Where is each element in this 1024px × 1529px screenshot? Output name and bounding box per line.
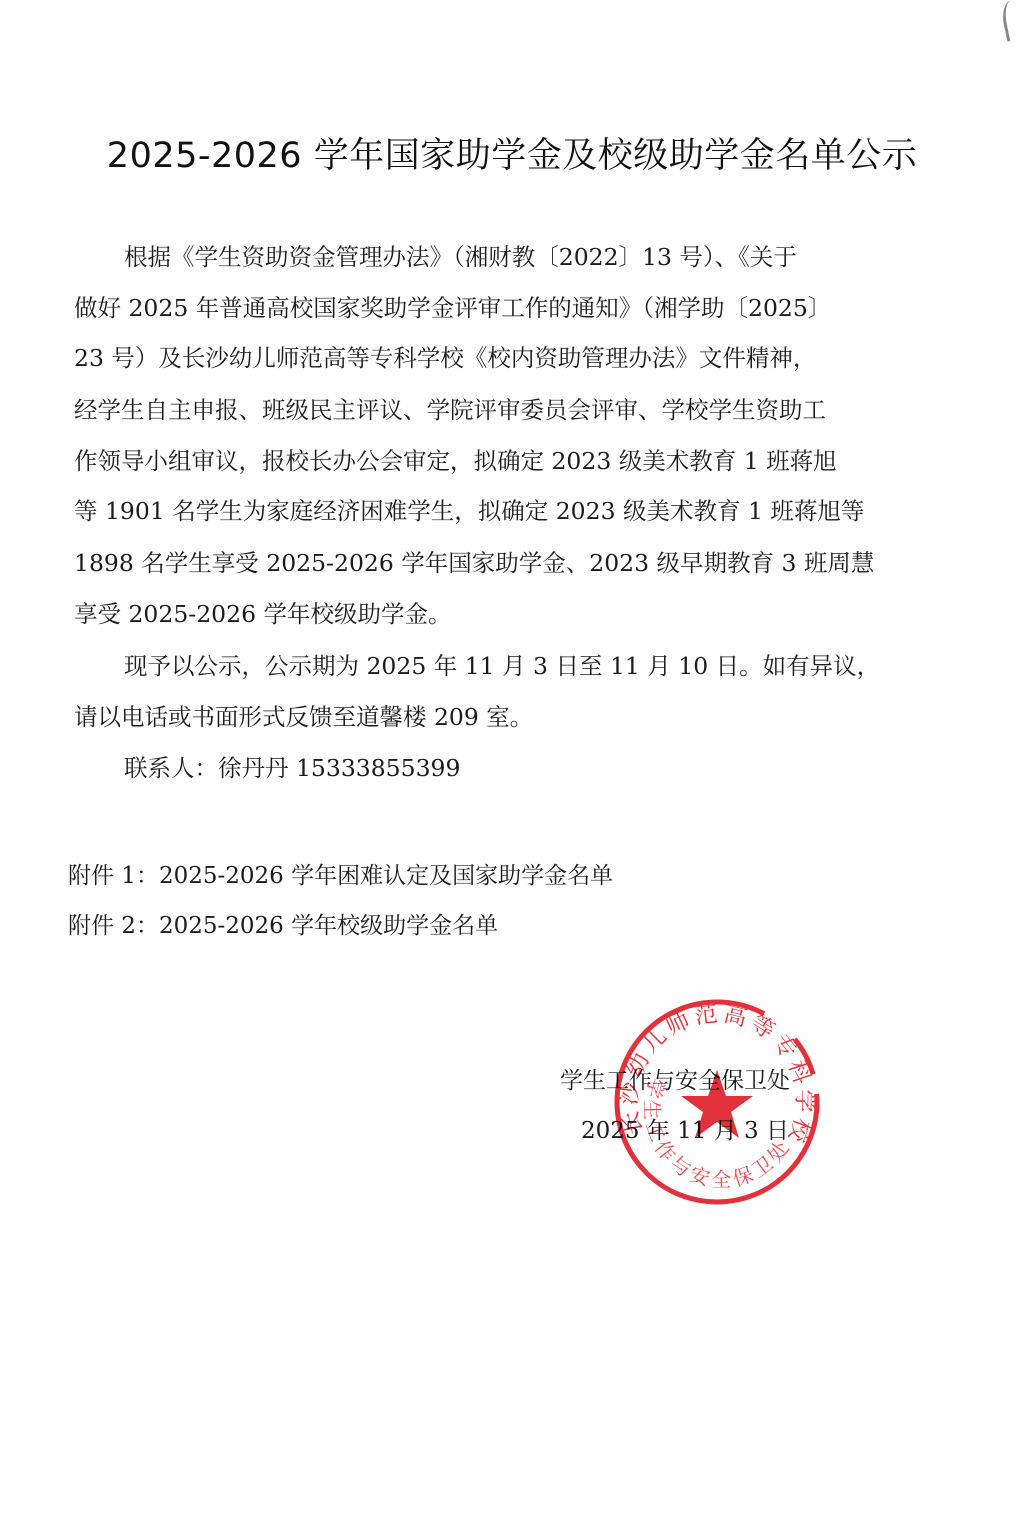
paragraph2-line: 现予以公示，公示期为 2025 年 11 月 3 日至 11 月 10 日。如有… <box>124 655 880 679</box>
attachment-1: 附件 1：2025-2026 学年困难认定及国家助学金名单 <box>68 857 613 890</box>
paragraph1-line: 作领导小组审议，报校长办公会审定，拟确定 2023 级美术教育 1 班蒋旭 <box>74 450 837 474</box>
document-page: 2025-2026 学年国家助学金及校级助学金名单公示 根据《学生资助资金管理办… <box>0 0 1024 1529</box>
scan-edge-mark <box>999 0 1024 42</box>
paragraph1-line: 23 号）及长沙幼儿师范高等专科学校《校内资助管理办法》文件精神， <box>74 347 816 371</box>
official-seal-stamp: 长沙幼儿师范高等专科学校 学生工作与安全保卫处 <box>607 992 827 1212</box>
paragraph1-line: 做好 2025 年普通高校国家奖助学金评审工作的通知》（湘学助〔2025〕 <box>74 297 831 321</box>
paragraph1-line: 根据《学生资助资金管理办法》（湘财教〔2022〕13 号）、《关于 <box>124 246 797 270</box>
paragraph2-line: 请以电话或书面形式反馈至道馨楼 209 室。 <box>74 706 533 730</box>
paragraph1-line: 1898 名学生享受 2025-2026 学年国家助学金、2023 级早期教育 … <box>74 552 874 576</box>
paragraph1-line: 经学生自主申报、班级民主评议、学院评审委员会评审、学校学生资助工 <box>74 399 826 423</box>
paragraph1-line: 享受 2025-2026 学年校级助学金。 <box>74 603 452 627</box>
stamp-star-icon <box>681 1070 753 1138</box>
attachment-2: 附件 2：2025-2026 学年校级助学金名单 <box>68 907 498 940</box>
page-title: 2025-2026 学年国家助学金及校级助学金名单公示 <box>0 128 1024 178</box>
paragraph1-line: 等 1901 名学生为家庭经济困难学生，拟确定 2023 级美术教育 1 班蒋旭… <box>74 500 864 524</box>
contact-line: 联系人：徐丹丹 15333855399 <box>124 757 460 781</box>
